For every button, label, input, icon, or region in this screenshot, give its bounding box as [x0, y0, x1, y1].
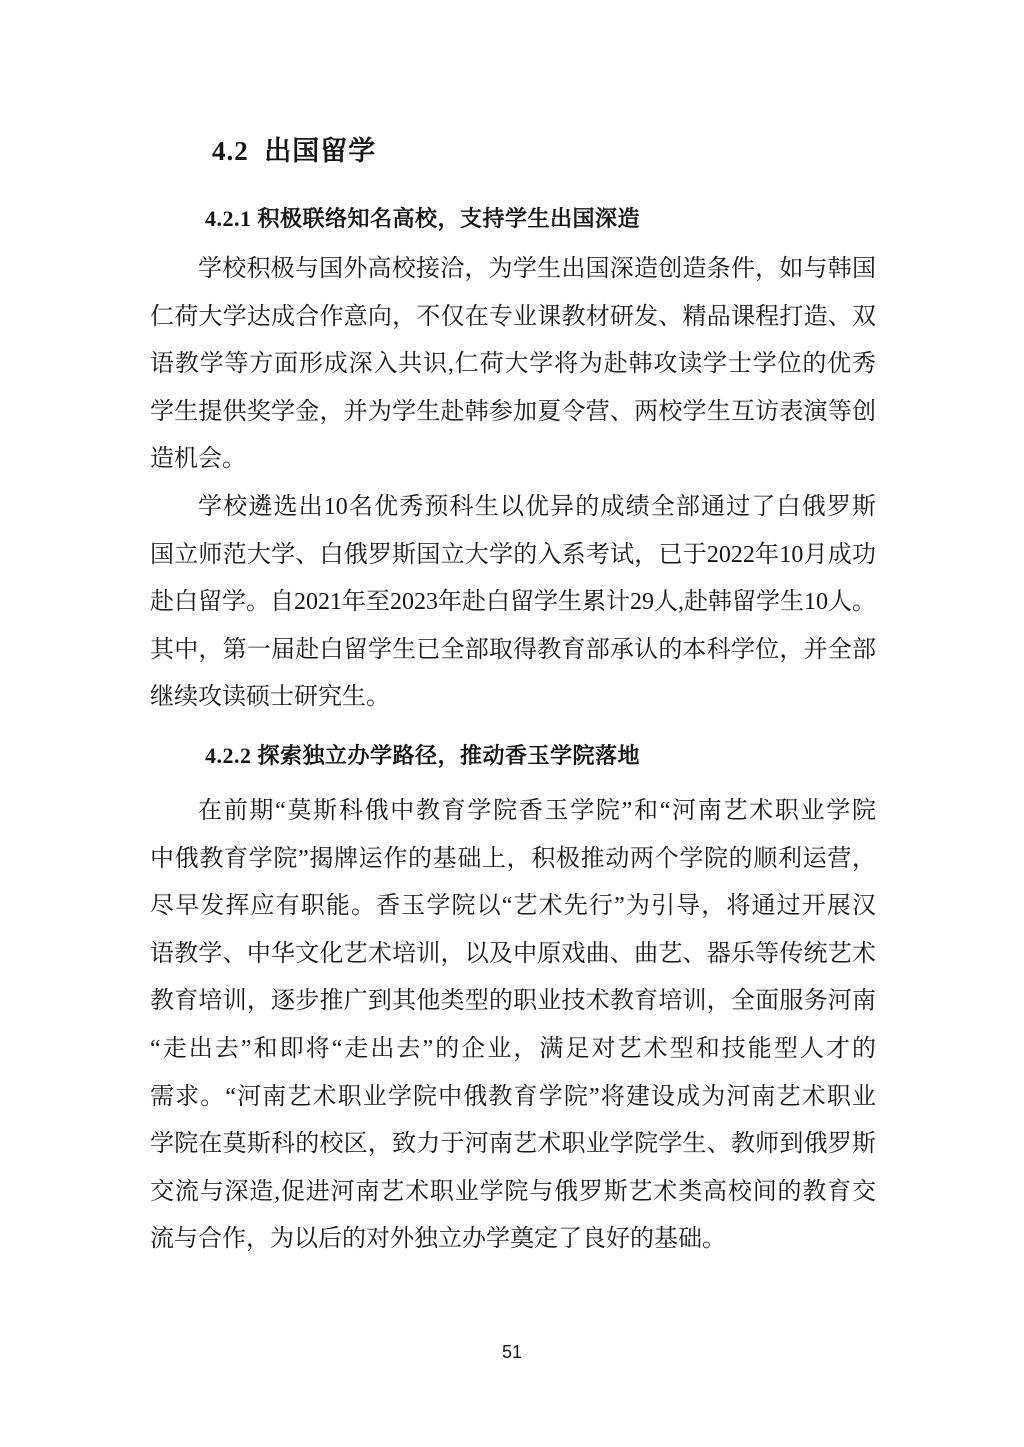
text-line: 学生提供奖学金，并为学生赴韩参加夏令营、两校学生互访表演等创 — [150, 389, 876, 437]
text-line: 交流与深造,促进河南艺术职业学院与俄罗斯艺术类高校间的教育交 — [150, 1169, 876, 1217]
section-heading: 4.2 出国留学 — [212, 134, 876, 169]
text-line: 教育培训，逐步推广到其他类型的职业技术教育培训，全面服务河南 — [150, 978, 876, 1026]
text-line: 学校积极与国外高校接洽，为学生出国深造创造条件，如与韩国 — [150, 246, 876, 294]
text-line: 学校遴选出10名优秀预科生以优异的成绩全部通过了白俄罗斯 — [150, 484, 876, 532]
text-line: 仁荷大学达成合作意向，不仅在专业课教材研发、精品课程打造、双 — [150, 294, 876, 342]
subsection-heading-422: 4.2.2 探索独立办学路径，推动香玉学院落地 — [205, 741, 876, 771]
paragraph: 学校积极与国外高校接洽，为学生出国深造创造条件，如与韩国仁荷大学达成合作意向，不… — [150, 246, 876, 484]
page-number: 51 — [0, 1340, 1024, 1364]
text-line: 流与合作，为以后的对外独立办学奠定了良好的基础。 — [150, 1216, 876, 1264]
text-line: “走出去”和即将“走出去”的企业，满足对艺术型和技能型人才的 — [150, 1026, 876, 1074]
text-line: 国立师范大学、白俄罗斯国立大学的入系考试，已于2022年10月成功 — [150, 532, 876, 580]
paragraph: 学校遴选出10名优秀预科生以优异的成绩全部通过了白俄罗斯国立师范大学、白俄罗斯国… — [150, 484, 876, 722]
text-line: 中俄教育学院”揭牌运作的基础上，积极推动两个学院的顺利运营， — [150, 836, 876, 884]
text-line: 在前期“莫斯科俄中教育学院香玉学院”和“河南艺术职业学院 — [150, 788, 876, 836]
text-line: 继续攻读硕士研究生。 — [150, 674, 876, 722]
text-line: 需求。“河南艺术职业学院中俄教育学院”将建设成为河南艺术职业 — [150, 1074, 876, 1122]
page-content: 4.2 出国留学 4.2.1 积极联络知名高校，支持学生出国深造 学校积极与国外… — [150, 0, 876, 1264]
text-line: 其中，第一届赴白留学生已全部取得教育部承认的本科学位，并全部 — [150, 627, 876, 675]
text-line: 造机会。 — [150, 436, 876, 484]
text-line: 学院在莫斯科的校区，致力于河南艺术职业学院学生、教师到俄罗斯 — [150, 1121, 876, 1169]
paragraph: 在前期“莫斯科俄中教育学院香玉学院”和“河南艺术职业学院中俄教育学院”揭牌运作的… — [150, 788, 876, 1264]
subsection-heading-421: 4.2.1 积极联络知名高校，支持学生出国深造 — [205, 204, 876, 234]
document-page: 4.2 出国留学 4.2.1 积极联络知名高校，支持学生出国深造 学校积极与国外… — [0, 0, 1024, 1447]
text-line: 语教学、中华文化艺术培训，以及中原戏曲、曲艺、器乐等传统艺术 — [150, 931, 876, 979]
text-line: 赴白留学。自2021年至2023年赴白留学生累计29人,赴韩留学生10人。 — [150, 579, 876, 627]
text-line: 尽早发挥应有职能。香玉学院以“艺术先行”为引导，将通过开展汉 — [150, 883, 876, 931]
text-line: 语教学等方面形成深入共识,仁荷大学将为赴韩攻读学士学位的优秀 — [150, 341, 876, 389]
